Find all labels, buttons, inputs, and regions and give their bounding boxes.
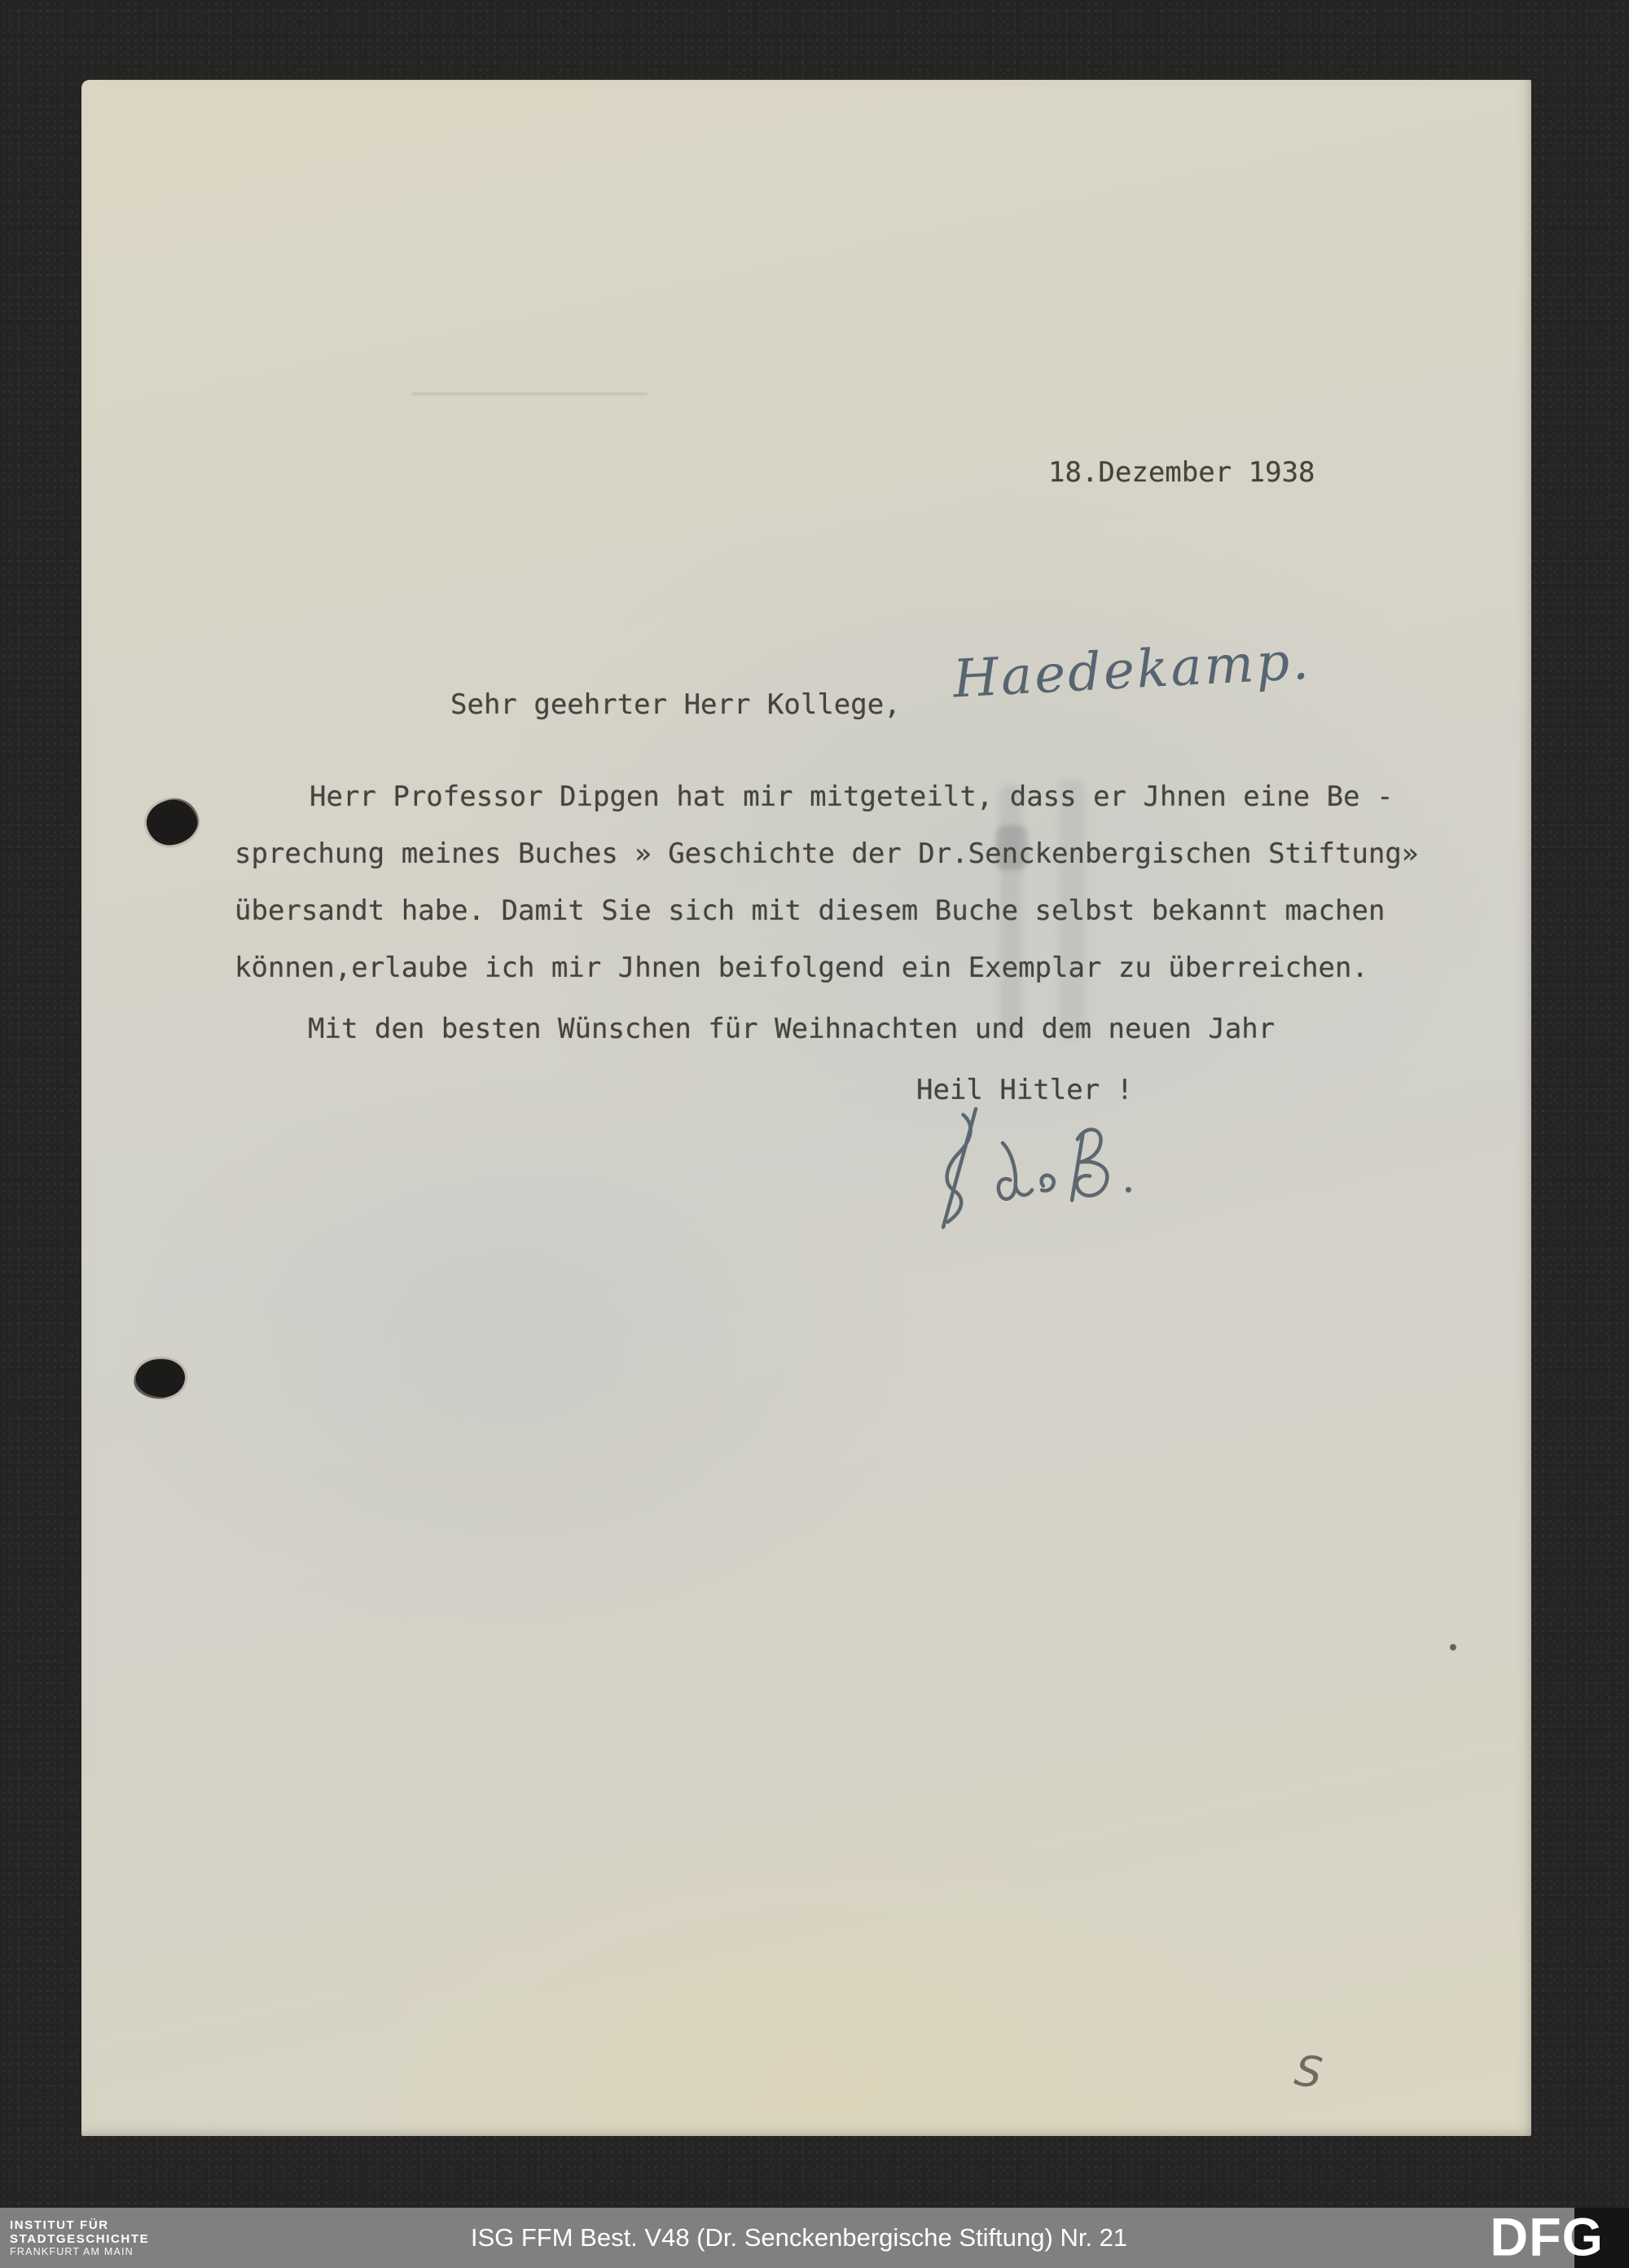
body-line: übersandt habe. Damit Sie sich mit diese… (235, 894, 1385, 927)
handwritten-pencil-note: S (1292, 2046, 1325, 2099)
letter-date: 18.Dezember 1938 (1048, 456, 1315, 489)
body-line: Mit den besten Wünschen für Weihnachten … (308, 1013, 1275, 1045)
ink-speck (1450, 1644, 1456, 1650)
handwritten-signature-scribble (920, 1092, 1157, 1237)
institute-logo-line3: FRANKFURT AM MAIN (10, 2247, 149, 2257)
archive-footer-bar: INSTITUT FÜR STADTGESCHICHTE FRANKFURT A… (0, 2208, 1629, 2268)
body-line: sprechung meines Buches » Geschichte der… (235, 837, 1418, 870)
dfg-logo: DFG (1490, 2210, 1603, 2264)
body-line: Herr Professor Dipgen hat mir mitgeteilt… (310, 780, 1394, 813)
letter-salutation: Sehr geehrter Herr Kollege, (450, 688, 901, 721)
paper-crease-mark (411, 393, 648, 395)
handwritten-recipient-name: Haedekamp. (951, 631, 1312, 710)
punch-hole (134, 1356, 187, 1399)
institute-logo-line2: STADTGESCHICHTE (10, 2233, 149, 2245)
institute-logo: INSTITUT FÜR STADTGESCHICHTE FRANKFURT A… (10, 2219, 149, 2257)
body-line: können,erlaube ich mir Jhnen beifolgend … (235, 952, 1368, 984)
punch-hole (143, 797, 200, 848)
scan-background: 18.Dezember 1938 Sehr geehrter Herr Koll… (0, 0, 1629, 2268)
letter-page: 18.Dezember 1938 Sehr geehrter Herr Koll… (81, 80, 1531, 2136)
institute-logo-line1: INSTITUT FÜR (10, 2219, 149, 2231)
archive-reference-caption: ISG FFM Best. V48 (Dr. Senckenbergische … (471, 2223, 1127, 2253)
